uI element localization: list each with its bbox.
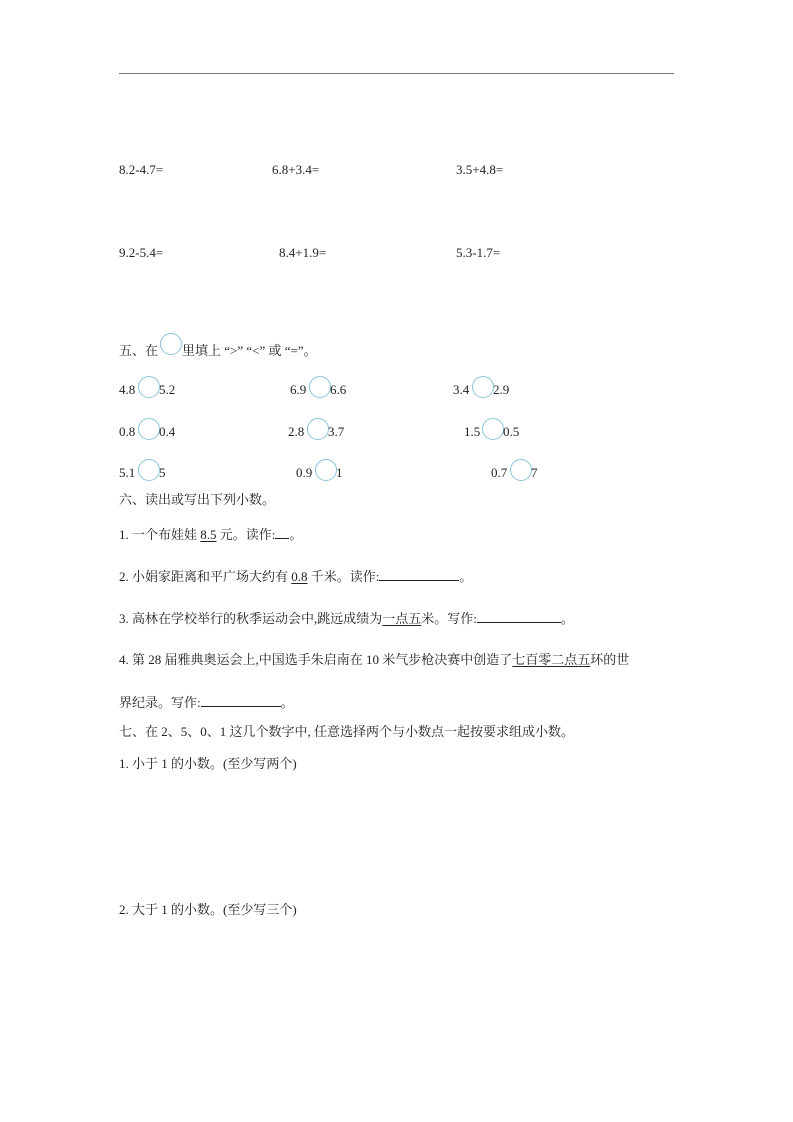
- arith-2-2: 8.4+1.9=: [279, 245, 326, 261]
- section6-q1: 1. 一个布娃娃 8.5 元。读作:。: [119, 526, 302, 543]
- section6-q2: 2. 小娟家距离和平广场大约有 0.8 千米。读作:。: [119, 568, 472, 585]
- circle-icon: [160, 333, 182, 355]
- answer-circle[interactable]: [315, 459, 337, 481]
- answer-blank[interactable]: [379, 568, 459, 581]
- section7-q2: 2. 大于 1 的小数。(至少写三个): [119, 902, 297, 918]
- arith-1-3: 3.5+4.8=: [456, 162, 503, 178]
- section6-q3: 3. 高林在学校举行的秋季运动会中,跳远成绩为一点五米。写作:。: [119, 610, 574, 627]
- underlined-number: 一点五: [382, 611, 421, 626]
- underlined-number: 0.8: [291, 569, 307, 584]
- answer-blank[interactable]: [275, 526, 289, 539]
- section5-title-prefix: 五、在: [119, 343, 158, 358]
- answer-circle[interactable]: [138, 459, 160, 481]
- section5-title: 五、在里填上 “>” “<” 或 “=”。: [119, 343, 317, 359]
- section5-title-suffix: 里填上 “>” “<” 或 “=”。: [182, 343, 317, 358]
- answer-circle[interactable]: [510, 459, 532, 481]
- answer-blank[interactable]: [201, 694, 281, 707]
- answer-circle[interactable]: [482, 418, 504, 440]
- answer-circle[interactable]: [138, 376, 160, 398]
- header-rule: [119, 73, 674, 74]
- arith-2-1: 9.2-5.4=: [119, 245, 163, 261]
- answer-circle[interactable]: [309, 376, 331, 398]
- section6-title: 六、读出或写出下列小数。: [119, 492, 275, 508]
- section7-q1: 1. 小于 1 的小数。(至少写两个): [119, 756, 297, 772]
- answer-circle[interactable]: [138, 418, 160, 440]
- section7-title: 七、在 2、5、0、1 这几个数字中, 任意选择两个与小数点一起按要求组成小数。: [119, 724, 574, 740]
- section6-q4: 4. 第 28 届雅典奥运会上,中国选手朱启南在 10 米气步枪决赛中创造了七百…: [119, 652, 629, 668]
- arith-2-3: 5.3-1.7=: [456, 245, 500, 261]
- section6-q4-line2: 界纪录。写作:。: [119, 694, 294, 711]
- answer-circle[interactable]: [472, 376, 494, 398]
- arith-1-2: 6.8+3.4=: [272, 162, 319, 178]
- underlined-number: 七百零二点五: [512, 652, 590, 667]
- answer-circle[interactable]: [307, 418, 329, 440]
- answer-blank[interactable]: [477, 610, 561, 623]
- underlined-number: 8.5: [200, 527, 216, 542]
- arith-1-1: 8.2-4.7=: [119, 162, 163, 178]
